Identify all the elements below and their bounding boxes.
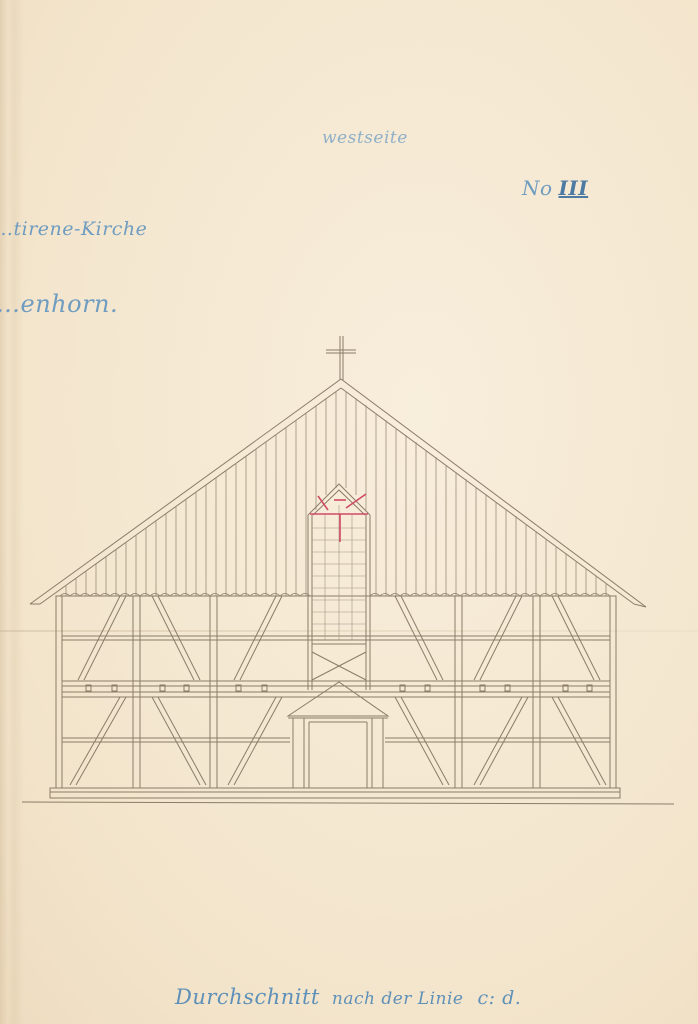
section-caption: Durchschnittnach der Liniec: d. (175, 985, 521, 1009)
caption-line: nach der Linie (332, 989, 464, 1009)
foundation (22, 788, 674, 804)
cross-icon (326, 336, 356, 380)
entrance-porch (288, 682, 388, 788)
timber-frame-wall (56, 596, 616, 788)
gable-roof (30, 379, 646, 607)
caption-title: Durchschnitt (175, 985, 320, 1009)
central-window (308, 484, 370, 690)
church-elevation-drawing (0, 0, 698, 1024)
section-points: c: d. (477, 987, 521, 1009)
